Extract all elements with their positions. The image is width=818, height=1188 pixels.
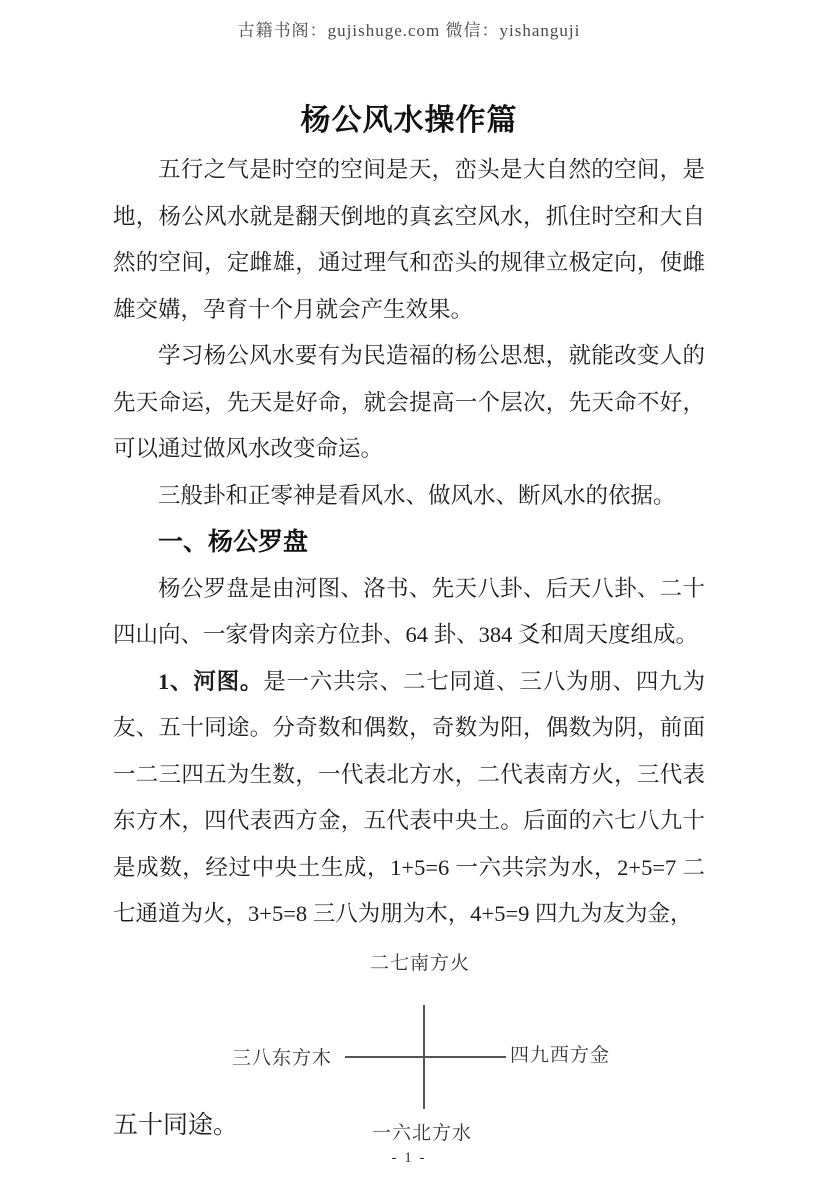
header-watermark: 古籍书阁：gujishuge.com 微信：yishanguji: [0, 20, 818, 42]
body-line: 五十同途。: [113, 1103, 238, 1149]
body-line: 雄交媾，孕育十个月就会产生效果。: [113, 287, 705, 333]
body-line: 杨公罗盘是由河图、洛书、先天八卦、后天八卦、二十: [113, 566, 705, 612]
body-line: 友、五十同途。分奇数和偶数，奇数为阳，偶数为阴，前面: [113, 705, 705, 751]
body-line: 1、河图。是一六共宗、二七同道、三八为朋、四九为: [113, 659, 705, 705]
diagram-label-west: 四九西方金: [510, 1040, 610, 1067]
cross-horizontal-line: [345, 1056, 506, 1058]
section-heading: 一、杨公罗盘: [113, 519, 705, 565]
body-line: 地，杨公风水就是翻天倒地的真玄空风水，抓住时空和大自: [113, 194, 705, 240]
document-page: 古籍书阁：gujishuge.com 微信：yishanguji 杨公风水操作篇…: [0, 0, 818, 1188]
body-line: 五行之气是时空的空间是天，峦头是大自然的空间，是: [113, 147, 705, 193]
body-line: 一二三四五为生数，一代表北方水，二代表南方火，三代表: [113, 752, 705, 798]
page-number: - 1 -: [0, 1148, 818, 1168]
body-line: 然的空间，定雌雄，通过理气和峦头的规律立极定向，使雌: [113, 240, 705, 286]
body-line: 四山向、一家骨肉亲方位卦、64 卦、384 爻和周天度组成。: [113, 612, 705, 658]
diagram-label-south: 二七南方火: [370, 948, 470, 975]
body-line-text: 是一六共宗、二七同道、三八为朋、四九为: [263, 669, 705, 694]
body-line: 学习杨公风水要有为民造福的杨公思想，就能改变人的: [113, 333, 705, 379]
doc-title: 杨公风水操作篇: [0, 98, 818, 144]
term-hetu: 1、河图。: [158, 669, 263, 694]
body-line: 可以通过做风水改变命运。: [113, 426, 705, 472]
body-line: 是成数，经过中央土生成，1+5=6 一六共宗为水，2+5=7 二: [113, 845, 705, 891]
body-line: 东方木，四代表西方金，五代表中央土。后面的六七八九十: [113, 798, 705, 844]
diagram-label-east: 三八东方木: [232, 1043, 332, 1070]
diagram-label-north: 一六北方水: [372, 1118, 472, 1145]
body-line: 七通道为火，3+5=8 三八为朋为木，4+5=9 四九为友为金，: [113, 891, 705, 937]
body-line: 先天命运，先天是好命，就会提高一个层次，先天命不好，: [113, 380, 705, 426]
body-line: 三般卦和正零神是看风水、做风水、断风水的依据。: [113, 473, 705, 519]
